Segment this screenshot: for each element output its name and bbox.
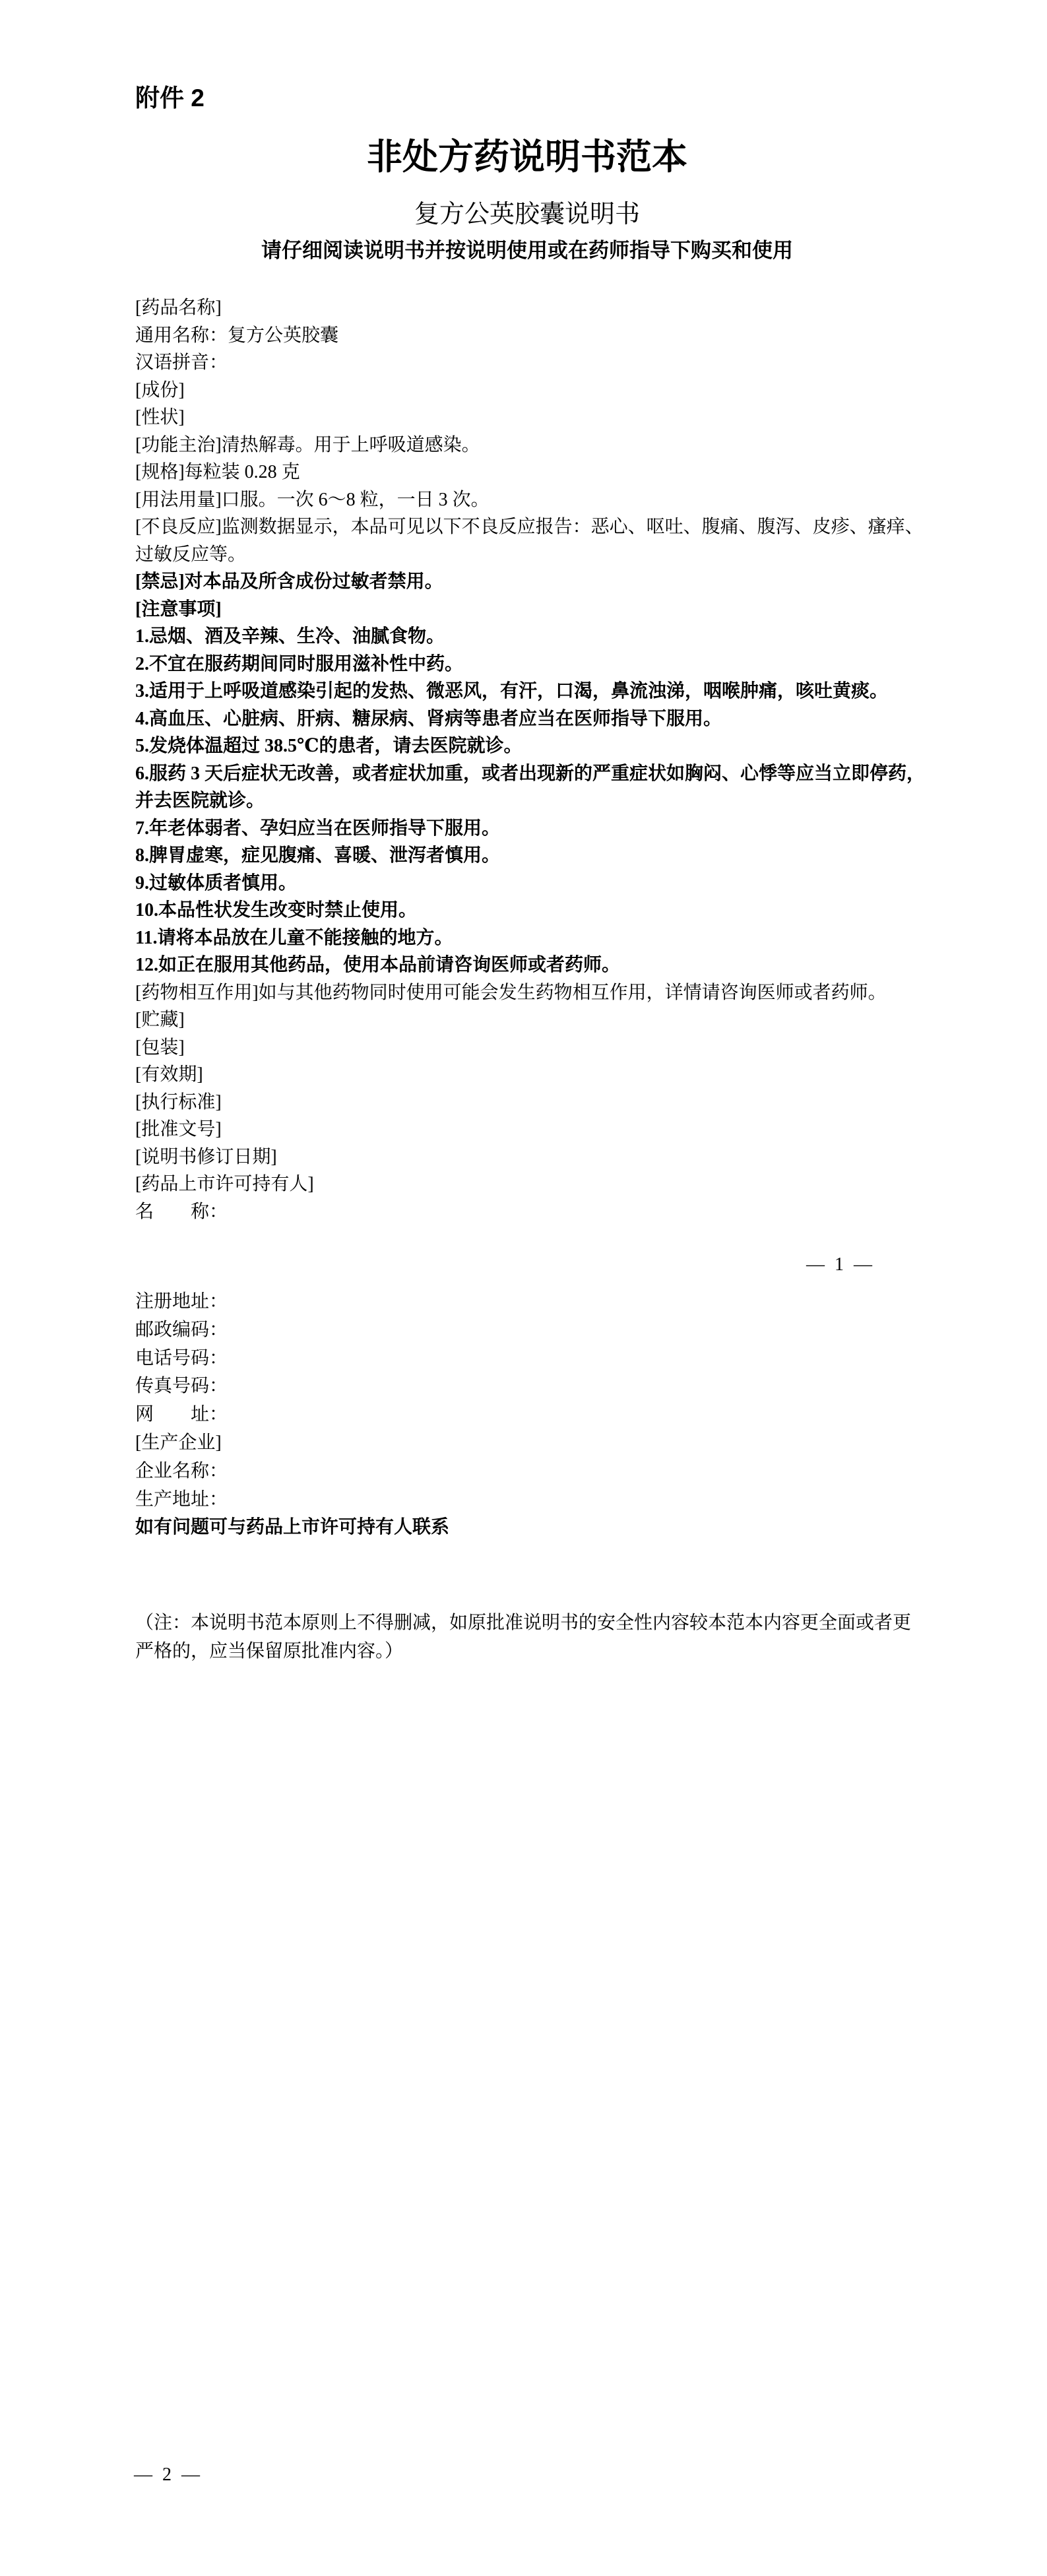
template-note: （注：本说明书范本原则上不得删减，如原批准说明书的安全性内容较本范本内容更全面或… — [135, 1609, 967, 1665]
doc-line: 并去医院就诊。 — [135, 787, 967, 815]
page-title: 非处方药说明书范本 — [128, 133, 926, 181]
doc-line: [生产企业] — [135, 1429, 967, 1458]
doc-line: 2.不宜在服药期间同时服用滋补性中药。 — [135, 651, 967, 678]
doc-line: [功能主治]清热解毒。用于上呼吸道感染。 — [135, 432, 967, 459]
doc-line: 1.忌烟、酒及辛辣、生冷、油腻食物。 — [135, 623, 967, 651]
doc-line: 注册地址： — [135, 1288, 967, 1316]
attachment-label: 附件 2 — [135, 83, 205, 113]
doc-line: 9.过敏体质者慎用。 — [135, 870, 967, 897]
doc-line: 传真号码： — [135, 1372, 967, 1401]
doc-line: [药物相互作用]如与其他药物同时使用可能会发生药物相互作用，详情请咨询医师或者药… — [135, 979, 967, 1007]
doc-line: [说明书修订日期] — [135, 1143, 967, 1171]
note-line: （注：本说明书范本原则上不得删减，如原批准说明书的安全性内容较本范本内容更全面或… — [135, 1609, 967, 1637]
doc-line: 汉语拼音： — [135, 349, 967, 377]
leaflet-body-page1: [药品名称]通用名称：复方公英胶囊汉语拼音：[成份][性状][功能主治]清热解毒… — [135, 294, 967, 1225]
doc-line: 电话号码： — [135, 1345, 967, 1373]
doc-line: 5.发烧体温超过 38.5℃的患者，请去医院就诊。 — [135, 732, 967, 760]
doc-line: 如有问题可与药品上市许可持有人联系 — [135, 1514, 967, 1542]
doc-line: 7.年老体弱者、孕妇应当在医师指导下服用。 — [135, 815, 967, 843]
doc-line: [药品上市许可持有人] — [135, 1171, 967, 1198]
doc-line: [执行标准] — [135, 1089, 967, 1116]
doc-line: [成份] — [135, 377, 967, 404]
reading-notice: 请仔细阅读说明书并按说明使用或在药师指导下购买和使用 — [128, 238, 926, 264]
doc-line: 12.如正在服用其他药品，使用本品前请咨询医师或者药师。 — [135, 951, 967, 979]
doc-line: 生产地址： — [135, 1486, 967, 1514]
doc-line: [禁忌]对本品及所含成份过敏者禁用。 — [135, 568, 967, 596]
doc-line: [不良反应]监测数据显示，本品可见以下不良反应报告：恶心、呕吐、腹痛、腹泻、皮疹… — [135, 513, 967, 541]
leaflet-body-page2: 注册地址：邮政编码：电话号码：传真号码：网 址：[生产企业]企业名称：生产地址：… — [135, 1288, 967, 1542]
doc-line: 3.适用于上呼吸道感染引起的发热、微恶风，有汗，口渴，鼻流浊涕，咽喉肿痛，咳吐黄… — [135, 678, 967, 705]
doc-line: 6.服药 3 天后症状无改善，或者症状加重，或者出现新的严重症状如胸闷、心悸等应… — [135, 760, 967, 788]
page-subtitle: 复方公英胶囊说明书 — [128, 198, 926, 231]
doc-line: [规格]每粒装 0.28 克 — [135, 459, 967, 486]
doc-line: 网 址： — [135, 1401, 967, 1429]
page-2-number: — 2 — — [134, 2461, 203, 2489]
doc-line: 过敏反应等。 — [135, 541, 967, 569]
doc-line: 11.请将本品放在儿童不能接触的地方。 — [135, 924, 967, 952]
doc-line: [包装] — [135, 1034, 967, 1062]
doc-line: 10.本品性状发生改变时禁止使用。 — [135, 897, 967, 924]
doc-line: [有效期] — [135, 1061, 967, 1089]
document-page: 附件 2 非处方药说明书范本 复方公英胶囊说明书 请仔细阅读说明书并按说明使用或… — [0, 0, 1047, 2576]
doc-line: 邮政编码： — [135, 1316, 967, 1345]
doc-line: [批准文号] — [135, 1116, 967, 1143]
doc-line: [注意事项] — [135, 596, 967, 624]
doc-line: [性状] — [135, 404, 967, 432]
doc-line: 企业名称： — [135, 1458, 967, 1486]
doc-line: 8.脾胃虚寒，症见腹痛、喜暖、泄泻者慎用。 — [135, 842, 967, 870]
doc-line: [药品名称] — [135, 294, 967, 322]
doc-line: [贮藏] — [135, 1006, 967, 1034]
doc-line: 4.高血压、心脏病、肝病、糖尿病、肾病等患者应当在医师指导下服用。 — [135, 705, 967, 733]
note-line: 严格的，应当保留原批准内容。） — [135, 1637, 967, 1665]
doc-line: [用法用量]口服。一次 6～8 粒，一日 3 次。 — [135, 486, 967, 514]
doc-line: 通用名称：复方公英胶囊 — [135, 322, 967, 350]
doc-line: 名 称： — [135, 1198, 967, 1226]
page-1-number: — 1 — — [806, 1251, 875, 1279]
